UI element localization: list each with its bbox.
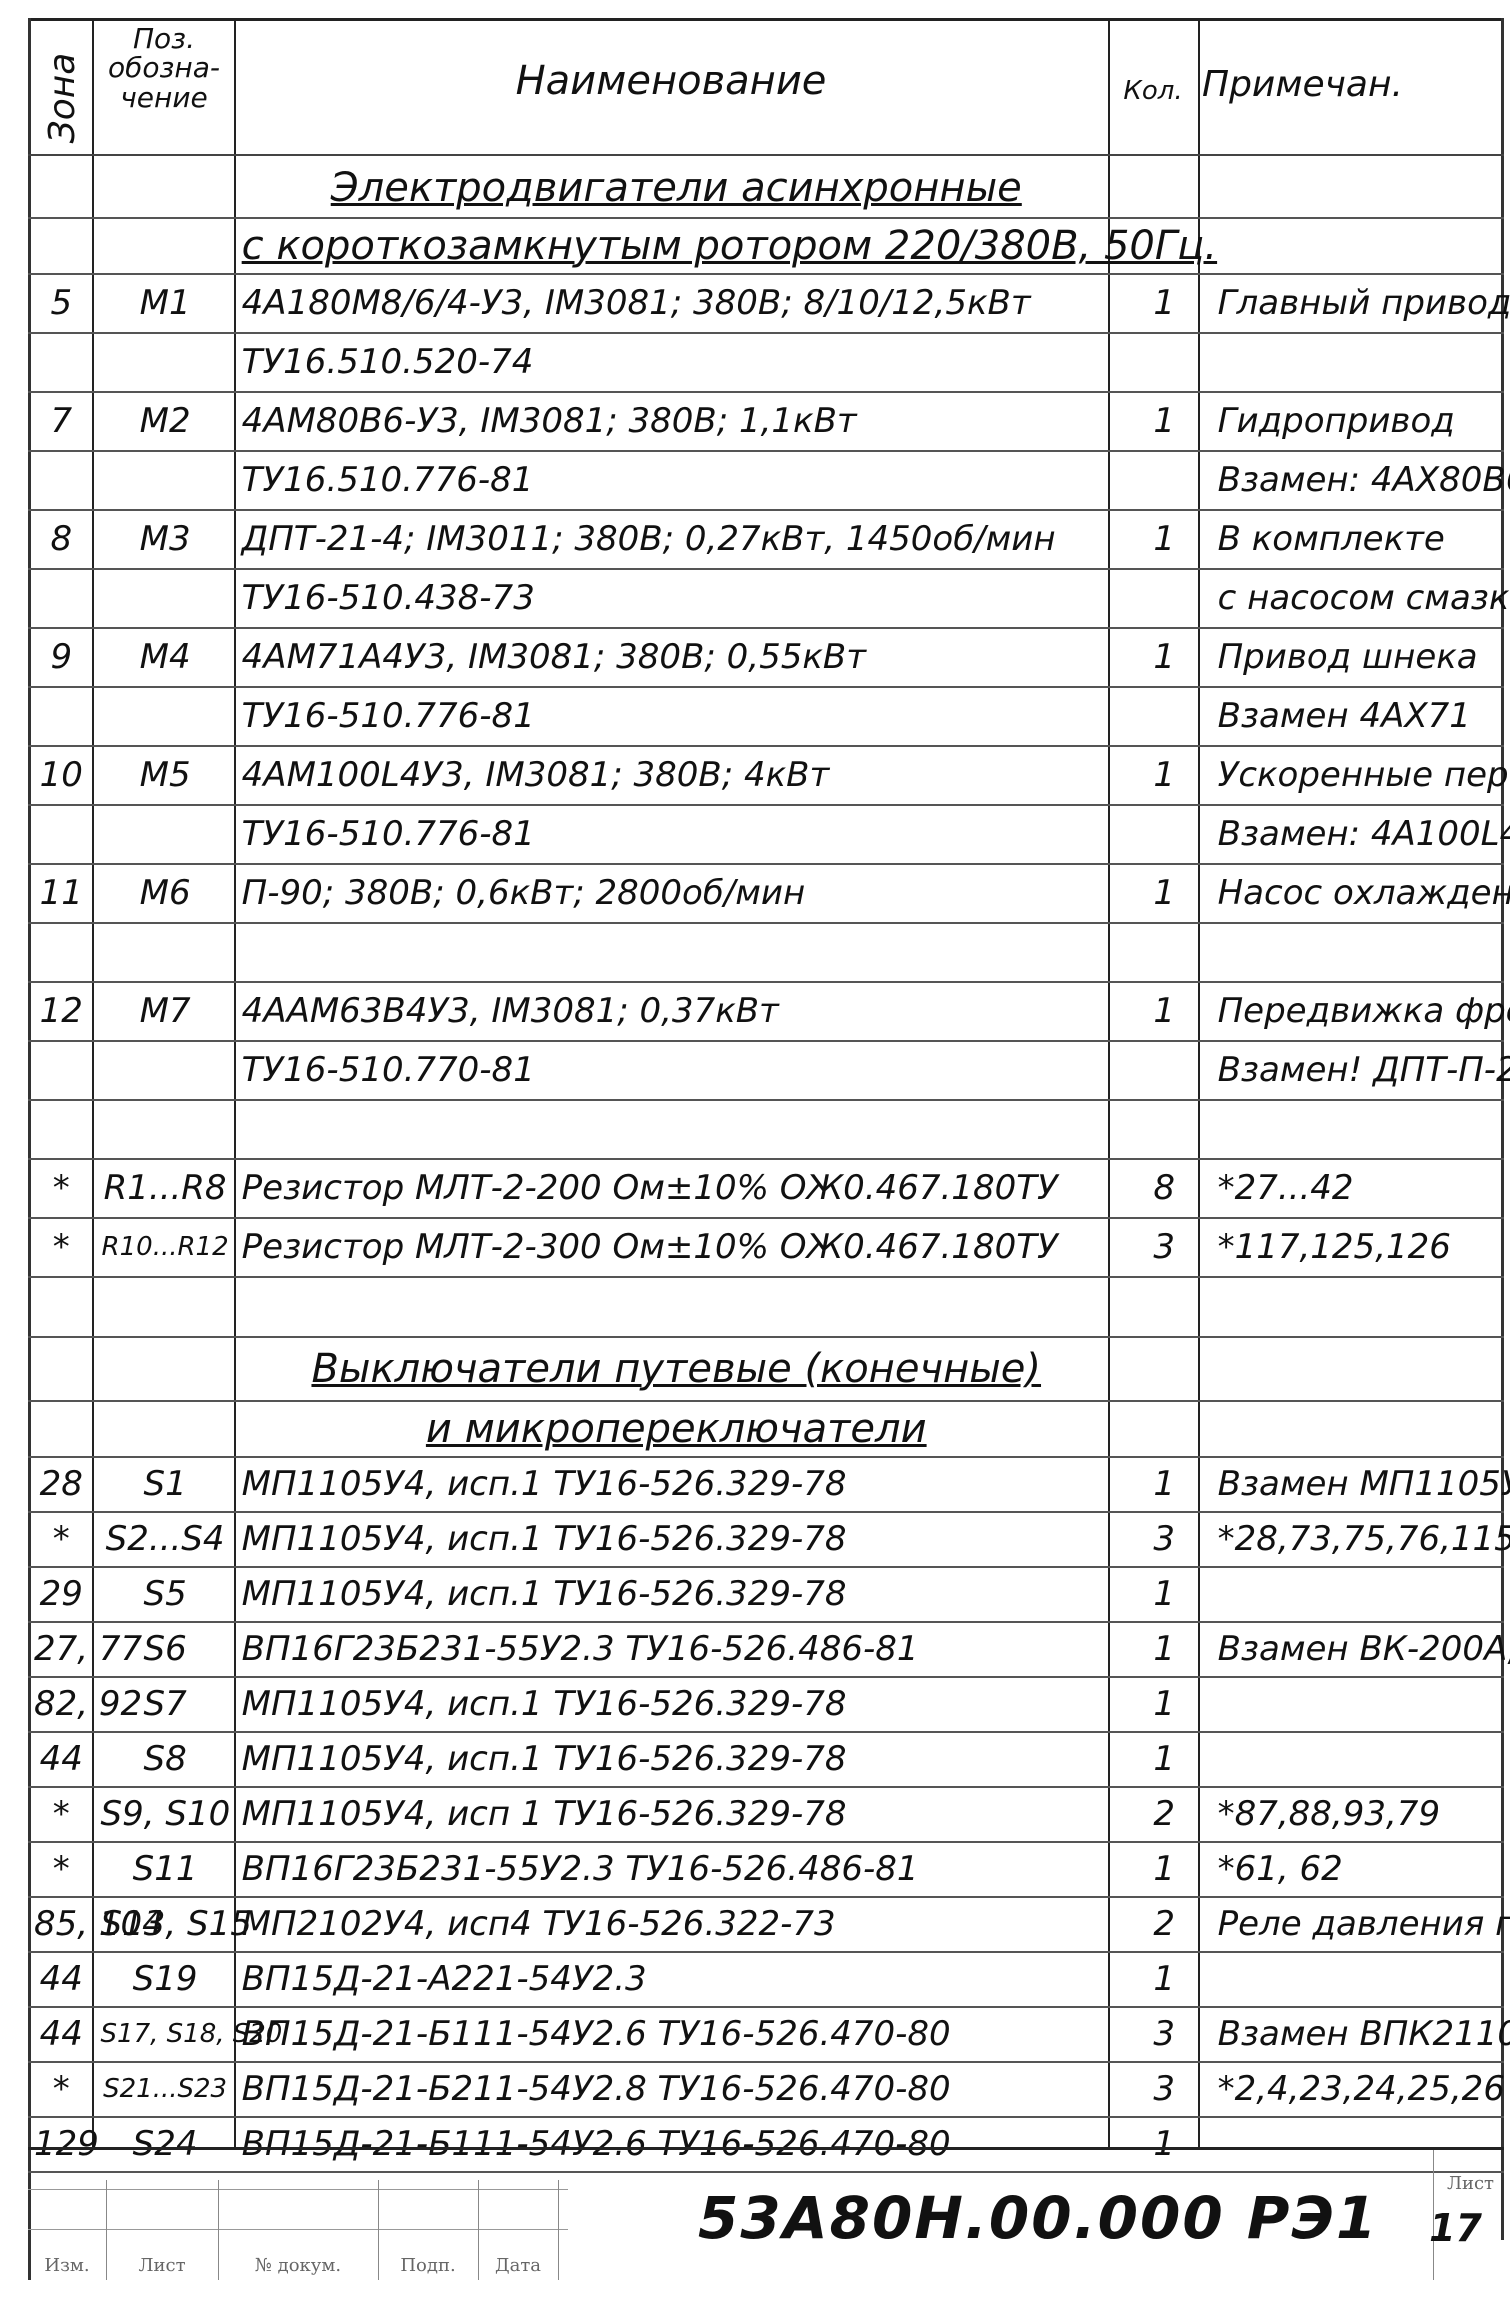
cell-note: Взамен ВПК2110У3: [1212, 2007, 1504, 2062]
cell-zone: 9: [28, 628, 95, 687]
table-row: *S21...S23ВП15Д-21-Б211-54У2.8 ТУ16-526.…: [28, 2062, 1504, 2117]
cell-pos: [95, 805, 236, 864]
title-cell-change: Изм.: [28, 2180, 107, 2280]
cell-qty: 3: [1117, 1512, 1212, 1567]
cell-qty: [1117, 1100, 1212, 1159]
cell-qty: 1: [1117, 1567, 1212, 1622]
cell-note: [1212, 1677, 1504, 1732]
cell-zone: 12: [28, 982, 95, 1041]
title-label-change: Изм.: [28, 2255, 106, 2276]
cell-zone: 44: [28, 1732, 95, 1787]
cell-qty: [1117, 158, 1212, 218]
cell-note: Насос охлаждения: [1212, 864, 1504, 923]
cell-pos: S11: [95, 1842, 236, 1897]
cell-qty: [1117, 687, 1212, 746]
cell-pos: M7: [95, 982, 236, 1041]
cell-zone: *: [28, 1842, 95, 1897]
cell-zone: [28, 1100, 95, 1159]
cell-note: Реле давления гидравлики и смазки: [1212, 1897, 1504, 1952]
cell-note: [1212, 333, 1504, 392]
table-row: 8M3ДПТ-21-4; IM3011; 380В; 0,27кВт, 1450…: [28, 510, 1504, 569]
title-label-date: Дата: [478, 2255, 558, 2276]
cell-zone: *: [28, 1159, 95, 1218]
cell-pos: S2...S4: [95, 1512, 236, 1567]
cell-name: МП1105У4, исп 1 ТУ16-526.329-78: [236, 1787, 1117, 1842]
cell-name: МП2102У4, исп4 ТУ16-526.322-73: [236, 1897, 1117, 1952]
cell-note: *27...42: [1212, 1159, 1504, 1218]
section-heading: Выключатели путевые (конечные): [236, 1337, 1117, 1401]
spec-table: Электродвигатели асинхронныес короткозам…: [28, 158, 1504, 2173]
section-heading: [236, 1277, 1117, 1337]
cell-qty: [1117, 1401, 1212, 1457]
cell-name: ТУ16.510.520-74: [236, 333, 1117, 392]
table-row: 27, 77S6ВП16Г23Б231-55У2.3 ТУ16-526.486-…: [28, 1622, 1504, 1677]
cell-note: *117,125,126: [1212, 1218, 1504, 1277]
cell-qty: [1117, 451, 1212, 510]
table-row: ТУ16-510.438-73с насосом смазки: [28, 569, 1504, 628]
cell-qty: [1117, 1337, 1212, 1401]
sheet-label: Лист: [1447, 2173, 1494, 2194]
cell-note: [1212, 1100, 1504, 1159]
cell-zone: [28, 687, 95, 746]
section-heading: и микропереключатели: [236, 1401, 1117, 1457]
cell-pos: S1: [95, 1457, 236, 1512]
cell-name: 4АМ71А4У3, IM3081; 380В; 0,55кВт: [236, 628, 1117, 687]
section-heading-row: [28, 1277, 1504, 1337]
table-row: 5M14А180М8/6/4-У3, IM3081; 380В; 8/10/12…: [28, 274, 1504, 333]
header-divider: [28, 154, 1504, 156]
cell-qty: 1: [1117, 392, 1212, 451]
cell-zone: 44: [28, 2007, 95, 2062]
table-row: 11M6П-90; 380В; 0,6кВт; 2800об/мин1Насос…: [28, 864, 1504, 923]
section-heading-text: Выключатели путевые (конечные): [311, 1346, 1041, 1392]
table-row: 9M44АМ71А4У3, IM3081; 380В; 0,55кВт1Прив…: [28, 628, 1504, 687]
document-code: 53А80Н.00.000 РЭ1: [698, 2184, 1378, 2252]
sheet-number: 17: [1429, 2206, 1482, 2250]
cell-pos: M1: [95, 274, 236, 333]
cell-pos: [95, 1337, 236, 1401]
cell-qty: [1117, 1277, 1212, 1337]
cell-note: *61, 62: [1212, 1842, 1504, 1897]
cell-pos: [95, 687, 236, 746]
cell-zone: 28: [28, 1457, 95, 1512]
cell-pos: S21...S23: [95, 2062, 236, 2117]
section-heading-row: и микропереключатели: [28, 1401, 1504, 1457]
cell-pos: S8: [95, 1732, 236, 1787]
cell-zone: 7: [28, 392, 95, 451]
header-qty: Кол.: [1110, 76, 1196, 106]
header-note: Примечан.: [1202, 64, 1502, 105]
title-label-sheet: Лист: [106, 2255, 218, 2276]
cell-qty: 1: [1117, 746, 1212, 805]
cell-qty: [1117, 333, 1212, 392]
cell-zone: [28, 1277, 95, 1337]
section-heading-row: Электродвигатели асинхронные: [28, 158, 1504, 218]
cell-name: ВП15Д-21-А221-54У2.3: [236, 1952, 1117, 2007]
cell-pos: R1...R8: [95, 1159, 236, 1218]
cell-qty: 1: [1117, 1732, 1212, 1787]
cell-pos: M3: [95, 510, 236, 569]
cell-name: ВП15Д-21-Б111-54У2.6 ТУ16-526.470-80: [236, 2007, 1117, 2062]
title-label-docnum: № докум.: [218, 2255, 378, 2276]
cell-pos: [95, 451, 236, 510]
cell-name: ТУ16-510.438-73: [236, 569, 1117, 628]
cell-note: [1212, 158, 1504, 218]
cell-note: *2,4,23,24,25,26: [1212, 2062, 1504, 2117]
cell-pos: [95, 158, 236, 218]
cell-name: МП1105У4, исп.1 ТУ16-526.329-78: [236, 1677, 1117, 1732]
cell-qty: [1117, 923, 1212, 982]
table-row: ТУ16-510.776-81Взамен 4АХ71: [28, 687, 1504, 746]
cell-name: 4А180М8/6/4-У3, IM3081; 380В; 8/10/12,5к…: [236, 274, 1117, 333]
cell-pos: [95, 333, 236, 392]
cell-name: МП1105У4, исп.1 ТУ16-526.329-78: [236, 1457, 1117, 1512]
cell-zone: [28, 218, 95, 274]
cell-qty: 1: [1117, 982, 1212, 1041]
table-row: [28, 923, 1504, 982]
cell-name: [236, 923, 1117, 982]
title-cell-sheet: Лист: [106, 2180, 219, 2280]
cell-qty: 1: [1117, 274, 1212, 333]
cell-zone: 44: [28, 1952, 95, 2007]
cell-zone: [28, 923, 95, 982]
table-row: 12M74ААМ63В4У3, IM3081; 0,37кВт1Передвиж…: [28, 982, 1504, 1041]
cell-note: В комплекте: [1212, 510, 1504, 569]
title-cell-date: Дата: [478, 2180, 559, 2280]
cell-note: Ускоренные перемещения: [1212, 746, 1504, 805]
table-row: *S9, S10МП1105У4, исп 1 ТУ16-526.329-782…: [28, 1787, 1504, 1842]
table-row: 10M54АМ100L4У3, IM3081; 380В; 4кВт1Ускор…: [28, 746, 1504, 805]
spec-sheet: Зона Поз. обозна-чение Наименование Кол.…: [28, 18, 1504, 2280]
cell-name: Резистор МЛТ-2-200 Ом±10% ОЖ0.467.180ТУ: [236, 1159, 1117, 1218]
cell-name: 4АМ80В6-У3, IM3081; 380В; 1,1кВт: [236, 392, 1117, 451]
cell-note: Привод шнека: [1212, 628, 1504, 687]
cell-zone: 10: [28, 746, 95, 805]
cell-zone: 8: [28, 510, 95, 569]
table-row: 7M24АМ80В6-У3, IM3081; 380В; 1,1кВт1Гидр…: [28, 392, 1504, 451]
cell-qty: 3: [1117, 1218, 1212, 1277]
cell-name: 4АМ100L4У3, IM3081; 380В; 4кВт: [236, 746, 1117, 805]
cell-qty: 2: [1117, 1897, 1212, 1952]
cell-note: Взамен: 4А100L4У3: [1212, 805, 1504, 864]
cell-name: МП1105У4, исп.1 ТУ16-526.329-78: [236, 1567, 1117, 1622]
cell-note: Взамен! ДПТ-П-22-4: [1212, 1041, 1504, 1100]
cell-pos: M4: [95, 628, 236, 687]
cell-qty: 1: [1117, 1842, 1212, 1897]
cell-pos: [95, 1401, 236, 1457]
cell-name: МП1105У4, исп.1 ТУ16-526.329-78: [236, 1732, 1117, 1787]
cell-name: ТУ16.510.776-81: [236, 451, 1117, 510]
cell-zone: 11: [28, 864, 95, 923]
cell-zone: 27, 77: [28, 1622, 95, 1677]
cell-pos: S17, S18, S20: [95, 2007, 236, 2062]
header-position: Поз. обозна-чение: [96, 24, 232, 112]
cell-note: [1212, 1732, 1504, 1787]
cell-note: [1212, 1277, 1504, 1337]
section-heading-text: с короткозамкнутым ротором 220/380В, 50Г…: [242, 223, 1217, 269]
cell-pos: [95, 1041, 236, 1100]
cell-note: *87,88,93,79: [1212, 1787, 1504, 1842]
cell-zone: [28, 1337, 95, 1401]
cell-note: [1212, 1952, 1504, 2007]
table-row: 44S17, S18, S20ВП15Д-21-Б111-54У2.6 ТУ16…: [28, 2007, 1504, 2062]
cell-pos: [95, 1100, 236, 1159]
cell-note: [1212, 218, 1504, 274]
section-heading: с короткозамкнутым ротором 220/380В, 50Г…: [236, 218, 1117, 274]
cell-note: Взамен 4АХ71: [1212, 687, 1504, 746]
cell-name: МП1105У4, исп.1 ТУ16-526.329-78: [236, 1512, 1117, 1567]
title-cell-docnum: № докум.: [218, 2180, 379, 2280]
table-row: *R1...R8Резистор МЛТ-2-200 Ом±10% ОЖ0.46…: [28, 1159, 1504, 1218]
cell-zone: [28, 158, 95, 218]
cell-note: [1212, 1337, 1504, 1401]
cell-zone: *: [28, 1787, 95, 1842]
cell-name: ВП16Г23Б231-55У2.3 ТУ16-526.486-81: [236, 1622, 1117, 1677]
cell-name: ВП16Г23Б231-55У2.3 ТУ16-526.486-81: [236, 1842, 1117, 1897]
table-row: ТУ16-510.770-81Взамен! ДПТ-П-22-4: [28, 1041, 1504, 1100]
cell-pos: R10...R12: [95, 1218, 236, 1277]
cell-qty: [1117, 1041, 1212, 1100]
cell-qty: 1: [1117, 1622, 1212, 1677]
cell-zone: [28, 451, 95, 510]
cell-pos: [95, 1277, 236, 1337]
cell-name: ТУ16-510.776-81: [236, 805, 1117, 864]
table-row: *S2...S4МП1105У4, исп.1 ТУ16-526.329-783…: [28, 1512, 1504, 1567]
cell-zone: *: [28, 2062, 95, 2117]
cell-zone: *: [28, 1218, 95, 1277]
cell-name: ВП15Д-21-Б211-54У2.8 ТУ16-526.470-80: [236, 2062, 1117, 2117]
section-heading: Электродвигатели асинхронные: [236, 158, 1117, 218]
cell-qty: [1117, 805, 1212, 864]
cell-zone: 29: [28, 1567, 95, 1622]
cell-pos: [95, 218, 236, 274]
cell-zone: [28, 1041, 95, 1100]
cell-qty: 1: [1117, 1952, 1212, 2007]
cell-zone: [28, 1401, 95, 1457]
cell-note: Взамен МП1105У4, исп 13А: [1212, 1457, 1504, 1512]
cell-qty: 1: [1117, 864, 1212, 923]
cell-pos: [95, 569, 236, 628]
cell-note: Передвижка фрезы: [1212, 982, 1504, 1041]
cell-note: Главный привод: [1212, 274, 1504, 333]
table-row: ТУ16-510.776-81Взамен: 4А100L4У3: [28, 805, 1504, 864]
cell-zone: [28, 333, 95, 392]
table-row: 29S5МП1105У4, исп.1 ТУ16-526.329-781: [28, 1567, 1504, 1622]
cell-qty: 8: [1117, 1159, 1212, 1218]
table-row: [28, 1100, 1504, 1159]
cell-note: Взамен ВК-200А, исп 1 ст1.: [1212, 1622, 1504, 1677]
title-cell-signature: Подп.: [378, 2180, 479, 2280]
cell-qty: 2: [1117, 1787, 1212, 1842]
cell-zone: 82, 92: [28, 1677, 95, 1732]
table-row: *S11ВП16Г23Б231-55У2.3 ТУ16-526.486-811*…: [28, 1842, 1504, 1897]
table-row: ТУ16.510.776-81Взамен: 4АХ80В6У3: [28, 451, 1504, 510]
cell-name: ТУ16-510.776-81: [236, 687, 1117, 746]
table-row: 44S8МП1105У4, исп.1 ТУ16-526.329-781: [28, 1732, 1504, 1787]
section-heading-text: и микропереключатели: [426, 1406, 927, 1452]
table-row: 82, 92S7МП1105У4, исп.1 ТУ16-526.329-781: [28, 1677, 1504, 1732]
cell-qty: 1: [1117, 510, 1212, 569]
cell-note: [1212, 923, 1504, 982]
cell-note: [1212, 1567, 1504, 1622]
cell-note: Гидропривод: [1212, 392, 1504, 451]
cell-name: [236, 1100, 1117, 1159]
cell-note: [1212, 1401, 1504, 1457]
table-row: ТУ16.510.520-74: [28, 333, 1504, 392]
cell-note: с насосом смазки: [1212, 569, 1504, 628]
table-row: 28S1МП1105У4, исп.1 ТУ16-526.329-781Взам…: [28, 1457, 1504, 1512]
table-row: 44S19ВП15Д-21-А221-54У2.31: [28, 1952, 1504, 2007]
cell-name: 4ААМ63В4У3, IM3081; 0,37кВт: [236, 982, 1117, 1041]
cell-zone: [28, 569, 95, 628]
cell-zone: [28, 805, 95, 864]
cell-zone: 5: [28, 274, 95, 333]
cell-qty: 1: [1117, 1677, 1212, 1732]
cell-zone: 85, 104: [28, 1897, 95, 1952]
cell-note: *28,73,75,76,115: [1212, 1512, 1504, 1567]
table-row: 85, 104S13, S15МП2102У4, исп4 ТУ16-526.3…: [28, 1897, 1504, 1952]
cell-qty: 1: [1117, 628, 1212, 687]
section-heading-row: с короткозамкнутым ротором 220/380В, 50Г…: [28, 218, 1504, 274]
title-block: Изм. Лист № докум. Подп. Дата 53А80Н.00.…: [28, 2147, 1504, 2280]
section-heading-row: Выключатели путевые (конечные): [28, 1337, 1504, 1401]
cell-qty: 1: [1117, 1457, 1212, 1512]
cell-pos: S13, S15: [95, 1897, 236, 1952]
cell-qty: 3: [1117, 2007, 1212, 2062]
cell-pos: M5: [95, 746, 236, 805]
cell-name: ДПТ-21-4; IM3011; 380В; 0,27кВт, 1450об/…: [236, 510, 1117, 569]
cell-name: П-90; 380В; 0,6кВт; 2800об/мин: [236, 864, 1117, 923]
cell-qty: 3: [1117, 2062, 1212, 2117]
cell-pos: S5: [95, 1567, 236, 1622]
header-name: Наименование: [238, 58, 1104, 104]
cell-name: ТУ16-510.770-81: [236, 1041, 1117, 1100]
cell-pos: M2: [95, 392, 236, 451]
cell-note: Взамен: 4АХ80В6У3: [1212, 451, 1504, 510]
cell-zone: *: [28, 1512, 95, 1567]
cell-pos: [95, 923, 236, 982]
frame-top-border: [28, 18, 1504, 21]
cell-qty: [1117, 569, 1212, 628]
cell-pos: M6: [95, 864, 236, 923]
cell-pos: S19: [95, 1952, 236, 2007]
section-heading-text: Электродвигатели асинхронные: [331, 165, 1022, 211]
title-label-signature: Подп.: [378, 2255, 478, 2276]
cell-pos: S9, S10: [95, 1787, 236, 1842]
cell-name: Резистор МЛТ-2-300 Ом±10% ОЖ0.467.180ТУ: [236, 1218, 1117, 1277]
table-row: *R10...R12Резистор МЛТ-2-300 Ом±10% ОЖ0.…: [28, 1218, 1504, 1277]
